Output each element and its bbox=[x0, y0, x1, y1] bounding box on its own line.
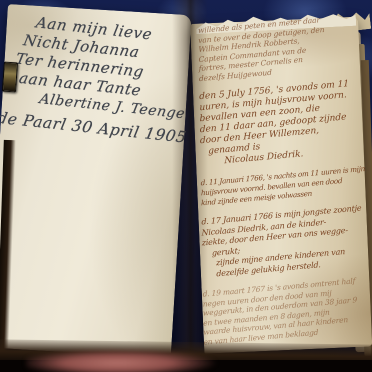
register-entry: d. 17 Januari 1766 is mijn jongste zoont… bbox=[201, 203, 365, 280]
photo-open-antique-book: Aan mijn lieve Nicht Johanna Ter herinne… bbox=[0, 0, 372, 372]
right-page-register-entries: willende als peten en meter daar van te … bbox=[198, 12, 367, 356]
book-spine-shadow bbox=[172, 0, 208, 360]
brass-clasp bbox=[2, 62, 18, 93]
left-page-inscription: Aan mijn lieve Nicht Johanna Ter herinne… bbox=[1, 12, 195, 146]
register-entry: den 5 July 1756, 's avonds om 11 uuren, … bbox=[199, 78, 364, 169]
register-entry: d. 11 Januari 1766, 's nachts om 11 uure… bbox=[201, 164, 365, 208]
holding-finger bbox=[26, 350, 230, 372]
register-entry: d. 19 maart 1767 is 's avonds omtrent ha… bbox=[203, 275, 367, 346]
